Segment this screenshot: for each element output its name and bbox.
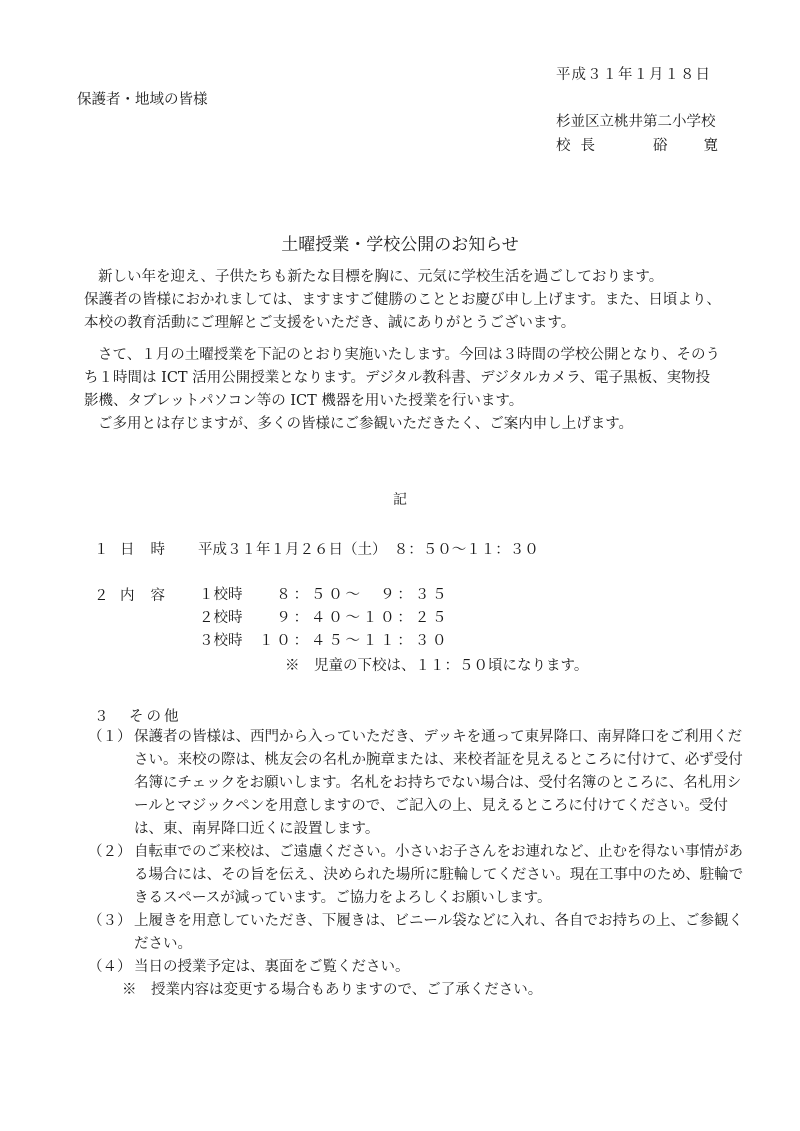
schedule-row: ２校時 ９：４０～１０：２５	[199, 607, 449, 630]
announcement-paragraph: さて、１月の土曜授業を下記のとおり実施いたします。今回は３時間の学校公開となり、…	[84, 344, 724, 436]
principal-name-1: 硲	[653, 134, 668, 155]
principal-name-2: 寛	[704, 134, 719, 155]
invitation-line: ご多用とは存じますが、多くの皆様にご参観いただきたく、ご案内申し上げます。	[84, 413, 724, 436]
item-label: 内 容	[120, 584, 198, 605]
list-number: （４）	[88, 956, 134, 979]
item-content: ２ 内 容	[94, 584, 198, 605]
label-char: 内	[120, 584, 135, 605]
schedule-row: ３校時 １０：４５～１１：３０	[199, 630, 449, 653]
label-char: 容	[151, 584, 166, 605]
dismissal-note: ※ 児童の下校は、１１：５０頃になります。	[285, 654, 588, 675]
greeting-line: 新しい年を迎え、子供たちも新たな目標を胸に、元気に学校生活を過ごしております。	[84, 266, 724, 289]
schedule-list: １校時 ８：５０～ ９：３５ ２校時 ９：４０～１０：２５ ３校時 １０：４５～…	[199, 584, 449, 653]
period: １校時	[199, 584, 259, 607]
other-list-item: （４） 当日の授業予定は、裏面をご覧ください。	[88, 956, 748, 979]
list-text: 当日の授業予定は、裏面をご覧ください。	[134, 956, 748, 979]
item-datetime: １ 日 時 平成３１年１月２６日（土） ８：５０～１１：３０	[94, 538, 539, 559]
item-label: 日 時	[120, 538, 198, 559]
list-number: （１）	[88, 726, 134, 841]
principal-signature: 校 長 硲 寛	[556, 134, 718, 155]
item-number: １	[94, 538, 120, 559]
announcement-body: さて、１月の土曜授業を下記のとおり実施いたします。今回は３時間の学校公開となり、…	[84, 344, 724, 413]
ki-heading: 記	[0, 489, 800, 509]
other-list-item: （３） 上履きを用意していただき、下履きは、ビニール袋などに入れ、各自でお持ちの…	[88, 910, 748, 956]
intro-paragraph: 新しい年を迎え、子供たちも新たな目標を胸に、元気に学校生活を過ごしております。 …	[84, 266, 724, 335]
other-heading: ３ その他	[94, 705, 182, 726]
schedule-row: １校時 ８：５０～ ９：３５	[199, 584, 449, 607]
list-text: 上履きを用意していただき、下履きは、ビニール袋などに入れ、各自でお持ちの上、ご参…	[134, 910, 748, 956]
school-name: 杉並区立桃井第二小学校	[556, 110, 716, 131]
period: ３校時	[199, 630, 259, 653]
time-range: １０：４５～１１：３０	[259, 630, 449, 653]
datetime-value: 平成３１年１月２６日（土） ８：５０～１１：３０	[198, 538, 539, 559]
item-number: ２	[94, 584, 120, 605]
issue-date: 平成３１年１月１８日	[556, 63, 711, 84]
list-text: 自転車でのご来校は、ご遠慮ください。小さいお子さんをお連れなど、止むを得ない事情…	[134, 841, 748, 910]
principal-title-1: 校	[556, 134, 571, 155]
addressee: 保護者・地域の皆様	[77, 88, 208, 109]
label-char: 時	[151, 538, 166, 559]
time-range: ９：４０～１０：２５	[259, 607, 449, 630]
document-title: 土曜授業・学校公開のお知らせ	[0, 230, 800, 255]
list-text: 保護者の皆様は、西門から入っていただき、デッキを通って東昇降口、南昇降口をご利用…	[134, 726, 748, 841]
time-range: ８：５０～ ９：３５	[259, 584, 449, 607]
period: ２校時	[199, 607, 259, 630]
final-note: ※ 授業内容は変更する場合もありますので、ご了承ください。	[88, 979, 748, 1002]
list-number: （２）	[88, 841, 134, 910]
other-list-item: （２） 自転車でのご来校は、ご遠慮ください。小さいお子さんをお連れなど、止むを得…	[88, 841, 748, 910]
principal-title-2: 長	[581, 134, 596, 155]
other-list-item: （１） 保護者の皆様は、西門から入っていただき、デッキを通って東昇降口、南昇降口…	[88, 726, 748, 841]
greeting-body: 保護者の皆様におかれましては、ますますご健勝のこととお慶び申し上げます。また、日…	[84, 289, 724, 335]
other-list: （１） 保護者の皆様は、西門から入っていただき、デッキを通って東昇降口、南昇降口…	[88, 726, 748, 1002]
label-char: 日	[120, 538, 135, 559]
list-number: （３）	[88, 910, 134, 956]
